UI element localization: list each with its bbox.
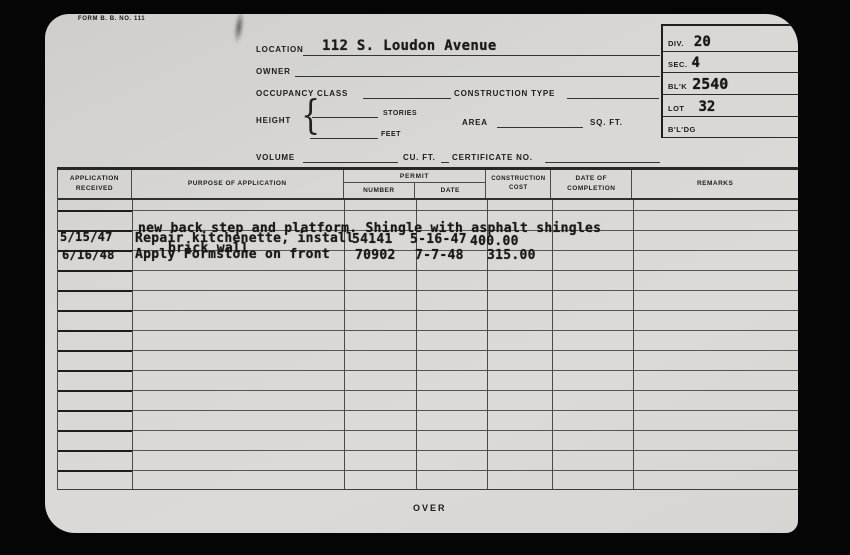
header-construction-cost: CONSTRUCTION COST: [486, 170, 551, 198]
header-permit-group: PERMIT NUMBER DATE: [344, 170, 487, 198]
cuft-label: CU. FT.: [403, 153, 436, 162]
permit-card: FORM B. B. NO. 111 LOCATION 112 S. Loudo…: [45, 14, 798, 533]
div-label: DIV.: [668, 39, 684, 50]
header-application-line1: APPLICATION: [70, 174, 119, 184]
row1-permit-date: 5-16-47: [410, 232, 467, 247]
table-column-divider: [552, 200, 553, 489]
stories-underline: [312, 117, 378, 118]
volume-underline: [303, 162, 398, 163]
scan-smudge: [233, 14, 246, 44]
bldg-label: B'L'DG: [668, 125, 696, 136]
header-application-received: APPLICATION RECEIVED: [58, 170, 132, 198]
volume-label: VOLUME: [256, 153, 295, 162]
header-application-line2: RECEIVED: [76, 184, 113, 194]
table-column-divider: [132, 200, 133, 489]
header-construction-line2: COST: [509, 184, 528, 193]
parcel-row-div: DIV. 20: [663, 26, 798, 52]
header-purpose-label: PURPOSE OF APPLICATION: [188, 179, 287, 189]
lot-label: LOT: [668, 104, 685, 115]
row2-purpose-line1: Apply Formstone on front: [135, 247, 330, 262]
lot-value: 32: [699, 99, 716, 115]
sec-label: SEC.: [668, 60, 688, 71]
header-remarks-label: REMARKS: [697, 179, 733, 189]
header-date-of-completion: DATE OF COMPLETION: [551, 170, 632, 198]
owner-label: OWNER: [256, 67, 291, 76]
over-label: OVER: [413, 503, 447, 513]
header-permit-label: PERMIT: [344, 170, 486, 183]
parcel-row-bldg: B'L'DG: [663, 117, 798, 138]
area-label: AREA: [462, 118, 488, 127]
certificate-label: CERTIFICATE NO.: [452, 153, 533, 162]
occupancy-class-underline: [363, 98, 451, 99]
header-permit-date: DATE: [415, 183, 485, 198]
row1-received-date: 5/15/47: [60, 230, 113, 244]
blk-label: BL'K: [668, 82, 687, 93]
parcel-row-blk: BL'K 2540: [663, 73, 798, 95]
row1-construction-cost: 400.00: [470, 234, 519, 249]
area-underline: [497, 127, 583, 128]
row2-permit-number: 70902: [355, 248, 396, 263]
feet-underline: [310, 138, 378, 139]
certificate-underline: [545, 162, 660, 163]
height-label: HEIGHT: [256, 116, 291, 125]
location-underline: [303, 55, 660, 56]
header-purpose: PURPOSE OF APPLICATION: [132, 170, 344, 198]
header-permit-subrow: NUMBER DATE: [344, 183, 486, 198]
row2-construction-cost: 315.00: [487, 248, 536, 263]
permit-table-header: APPLICATION RECEIVED PURPOSE OF APPLICAT…: [58, 170, 798, 200]
form-number: FORM B. B. NO. 111: [78, 16, 145, 22]
table-column-divider: [633, 200, 634, 489]
row1-permit-number: 54141: [352, 232, 393, 247]
construction-type-underline: [567, 98, 659, 99]
header-completion-line2: COMPLETION: [567, 184, 615, 194]
parcel-info-box: DIV. 20 SEC. 4 BL'K 2540 LOT 32 B'L'DG: [661, 24, 798, 138]
location-label: LOCATION: [256, 45, 304, 54]
blk-value: 2540: [692, 75, 728, 93]
location-value: 112 S. Loudon Avenue: [322, 38, 497, 54]
parcel-row-lot: LOT 32: [663, 95, 798, 117]
feet-label: FEET: [381, 131, 401, 138]
row2-received-date: 6/16/48: [62, 248, 115, 262]
header-completion-line1: DATE OF: [576, 174, 608, 184]
stories-label: STORIES: [383, 110, 417, 117]
div-value: 20: [694, 34, 711, 50]
permit-table: APPLICATION RECEIVED PURPOSE OF APPLICAT…: [57, 170, 798, 490]
height-brace: {: [301, 92, 320, 139]
header-construction-line1: CONSTRUCTION: [491, 175, 545, 184]
parcel-row-sec: SEC. 4: [663, 52, 798, 73]
scanned-permit-card-page: FORM B. B. NO. 111 LOCATION 112 S. Loudo…: [0, 0, 850, 555]
sec-value: 4: [692, 55, 700, 71]
header-permit-number: NUMBER: [344, 183, 415, 198]
row2-permit-date: 7-7-48: [415, 248, 464, 263]
construction-type-label: CONSTRUCTION TYPE: [454, 89, 555, 98]
header-remarks: REMARKS: [632, 170, 798, 198]
owner-underline: [295, 76, 660, 77]
certificate-pre-line: [441, 162, 449, 163]
sqft-label: SQ. FT.: [590, 118, 623, 127]
